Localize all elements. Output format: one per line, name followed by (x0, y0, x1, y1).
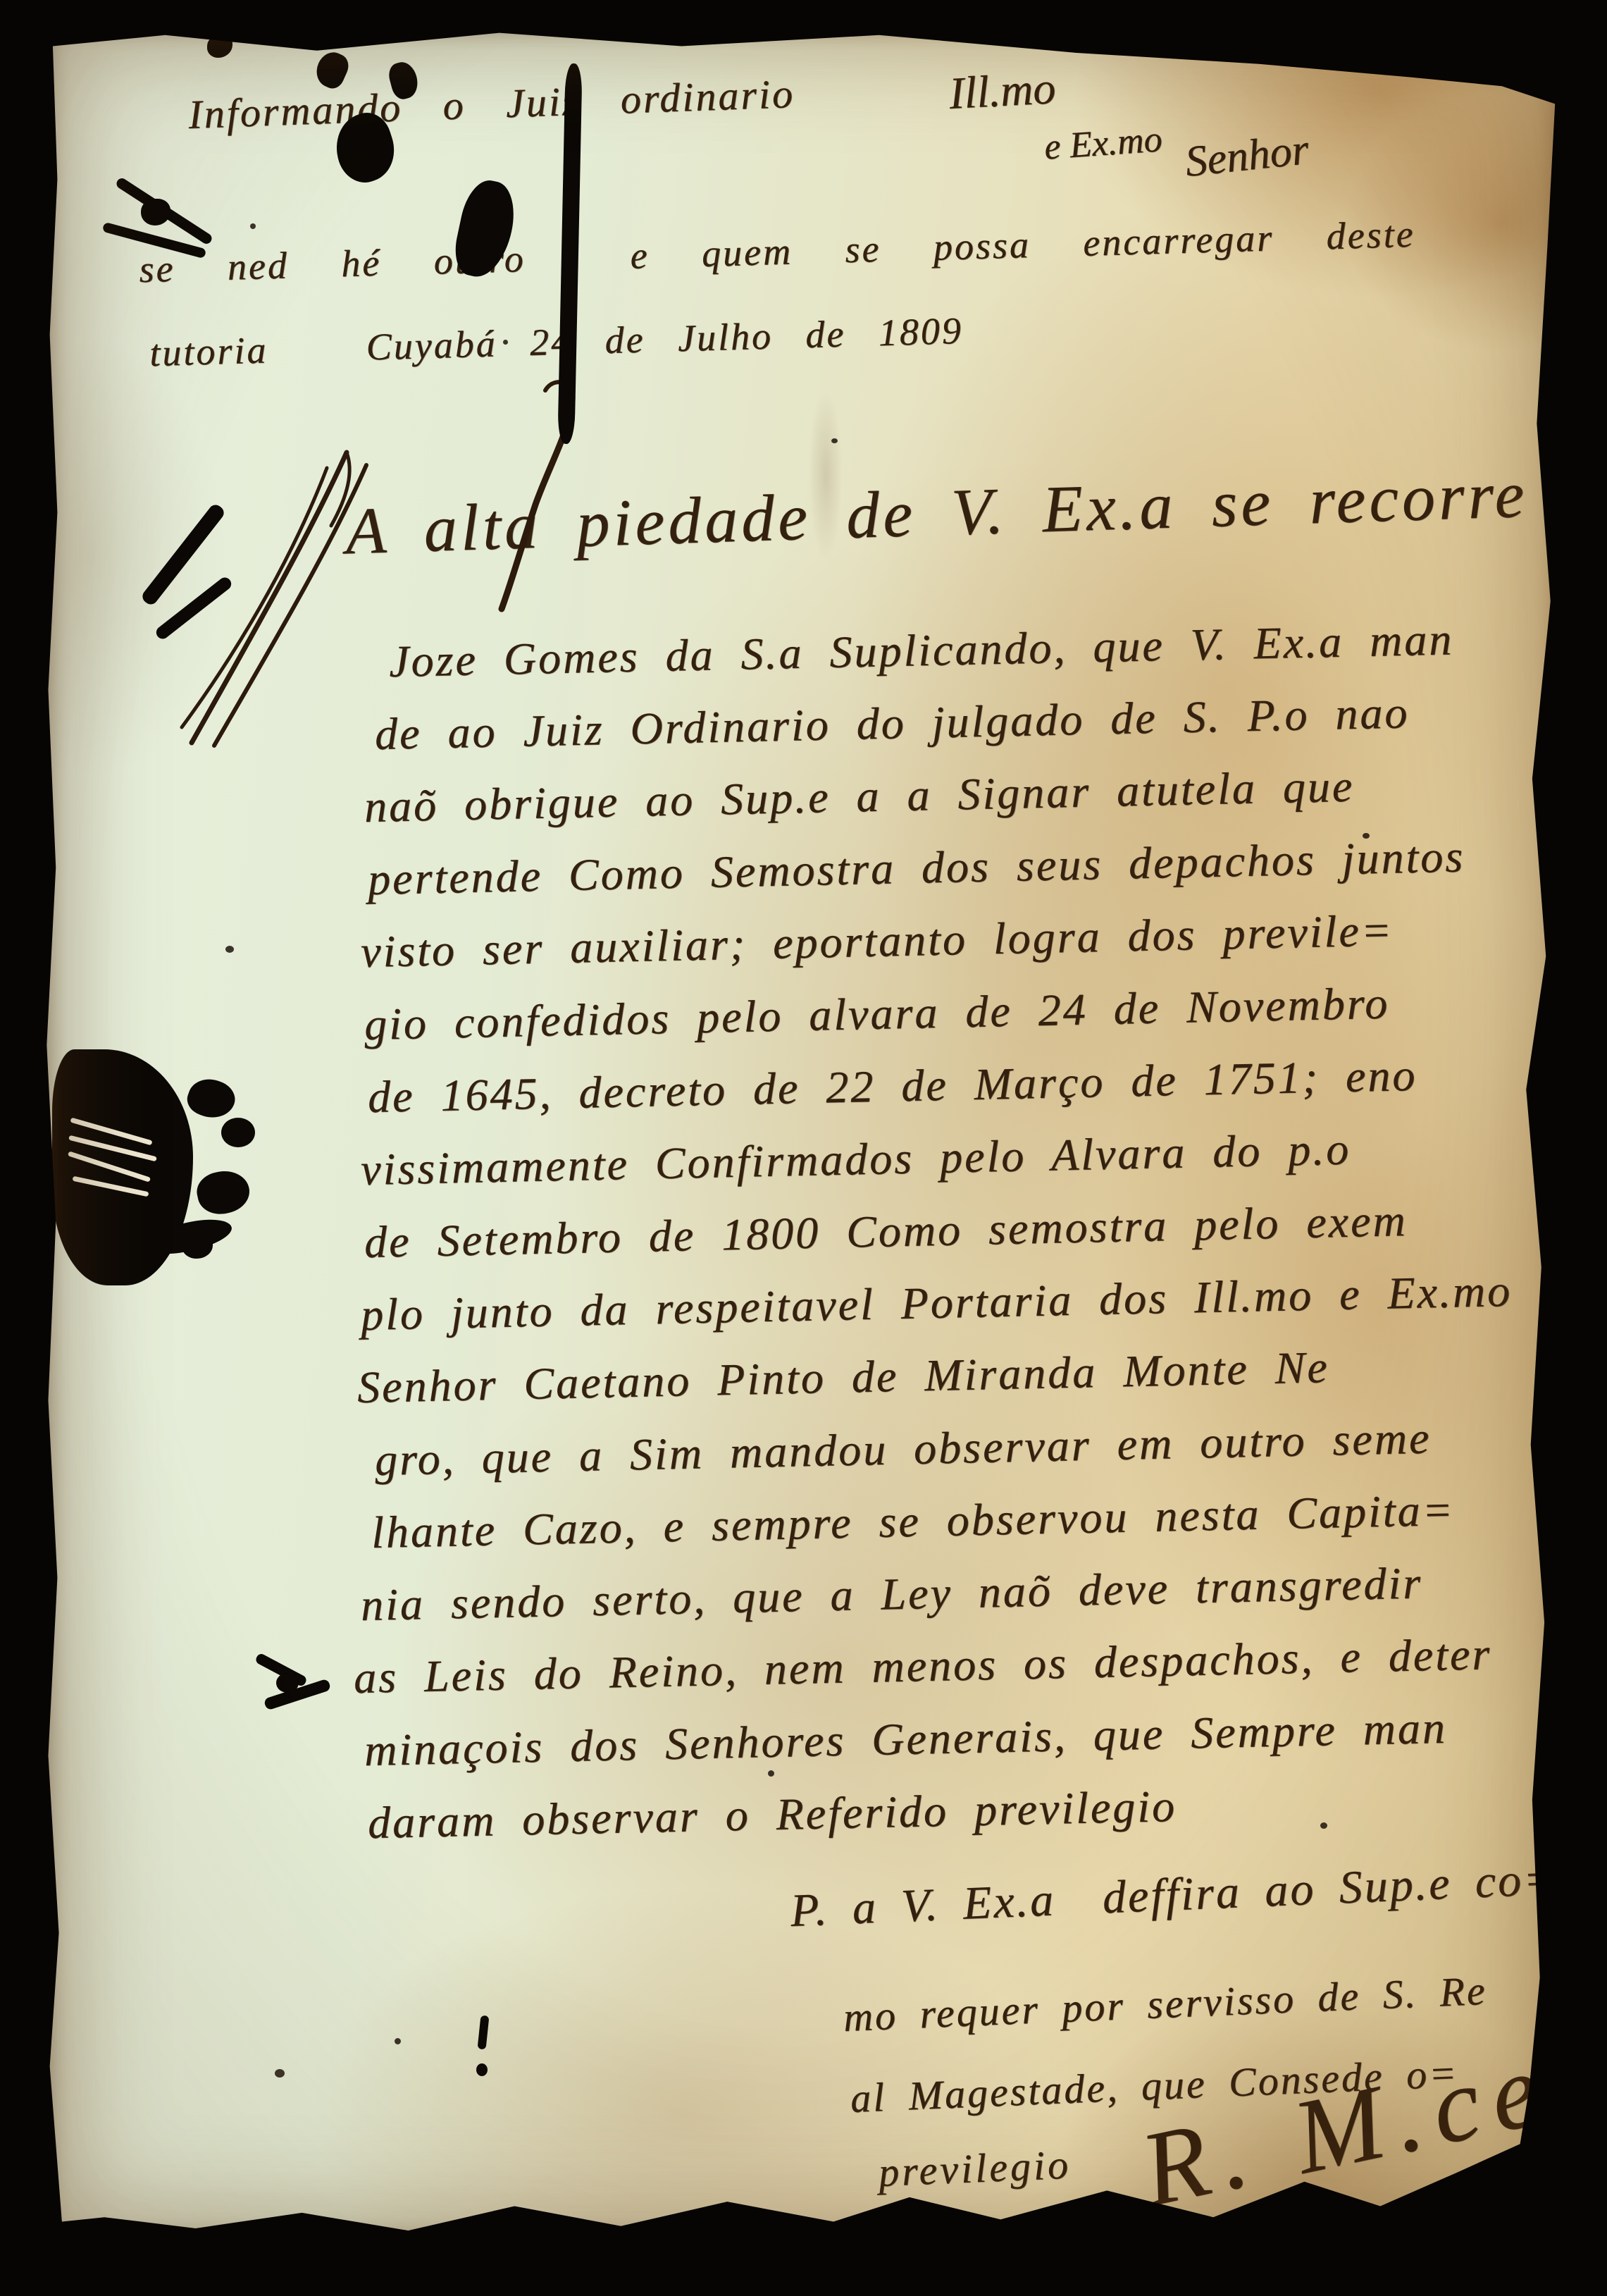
body-line: naõ obrigue ao Sup.e a a Signar atutela … (364, 755, 1604, 833)
ink-speck (395, 2038, 401, 2044)
ink-mark (478, 2016, 490, 2050)
scan-background: Informando o Juiz ordinario se ned hé ou… (0, 0, 1607, 2296)
body-line: visto ser auxiliar; eportanto logra dos … (360, 900, 1601, 978)
addressee-illmo: Ill.mo (948, 62, 1057, 120)
body-line: gio confedidos pelo alvara de 24 de Nove… (364, 973, 1604, 1051)
body-line: pertende Como Semostra dos seus depachos… (367, 827, 1607, 906)
ink-speck (225, 946, 234, 953)
ink-mark (476, 2063, 488, 2076)
body-line: gro, que a Sim mandou observar em outro … (374, 1408, 1607, 1486)
ink-speck (503, 340, 508, 345)
body-line: minaçois dos Senhores Generais, que Semp… (364, 1698, 1604, 1777)
ink-speck (768, 1770, 774, 1777)
body-line: nia sendo serto, que a Ley naõ deve tran… (360, 1553, 1601, 1631)
body-line: vissimamente Confirmados pelo Alvara do … (360, 1118, 1601, 1196)
fold-mark (801, 355, 850, 595)
annotation-line-3: tutoria Cuyabá 24 de Julho de 1809 (149, 309, 963, 375)
body-line: as Leis do Reino, nem menos os despachos… (353, 1626, 1594, 1704)
body-line: Senhor Caetano Pinto de Miranda Monte Ne (356, 1335, 1597, 1414)
ink-speck (250, 223, 256, 229)
ink-blot (183, 1073, 240, 1124)
ink-speck (347, 2223, 354, 2230)
ink-blot (276, 1673, 299, 1693)
ink-blot (194, 1166, 254, 1218)
closing-line-4: previlegio (878, 2141, 1072, 2196)
annotation-line-1: Informando o Juiz ordinario (187, 70, 795, 138)
closing-line-1: P. a V. Ex.a deffira ao Sup.e co= (789, 1852, 1558, 1938)
ink-speck (1320, 1822, 1327, 1829)
ink-blot (141, 199, 170, 226)
body-line: plo junto da respeitavel Portaria dos Il… (360, 1263, 1601, 1341)
ink-speck (831, 438, 838, 443)
ink-speck (1363, 833, 1370, 839)
closing-line-2: mo requer por servisso de S. Re (843, 1967, 1488, 2041)
manuscript-page: Informando o Juiz ordinario se ned hé ou… (44, 24, 1563, 2244)
addressee-senhor: Senhor (1183, 125, 1311, 187)
body-line: daram observar o Referido previlegio (367, 1771, 1607, 1849)
body-line: de ao Juiz Ordinario do julgado de S. P.… (374, 682, 1607, 760)
ink-speck (275, 2069, 285, 2078)
body-line: de Setembro de 1800 Como semostra pelo e… (364, 1190, 1604, 1269)
addressee-exmo: e Ex.mo (1043, 118, 1163, 168)
body-line: Joze Gomes da S.a Suplicando, que V. Ex.… (388, 610, 1607, 688)
body-line: de 1645, decreto de 22 de Março de 1751;… (367, 1045, 1607, 1123)
ink-blot (221, 1118, 255, 1147)
ink-blot (207, 35, 232, 58)
body-line: lhante Cazo, e sempre se observou nesta … (371, 1481, 1607, 1559)
annotation-line-2: se ned hé outro e quem se possa encarreg… (138, 212, 1415, 292)
